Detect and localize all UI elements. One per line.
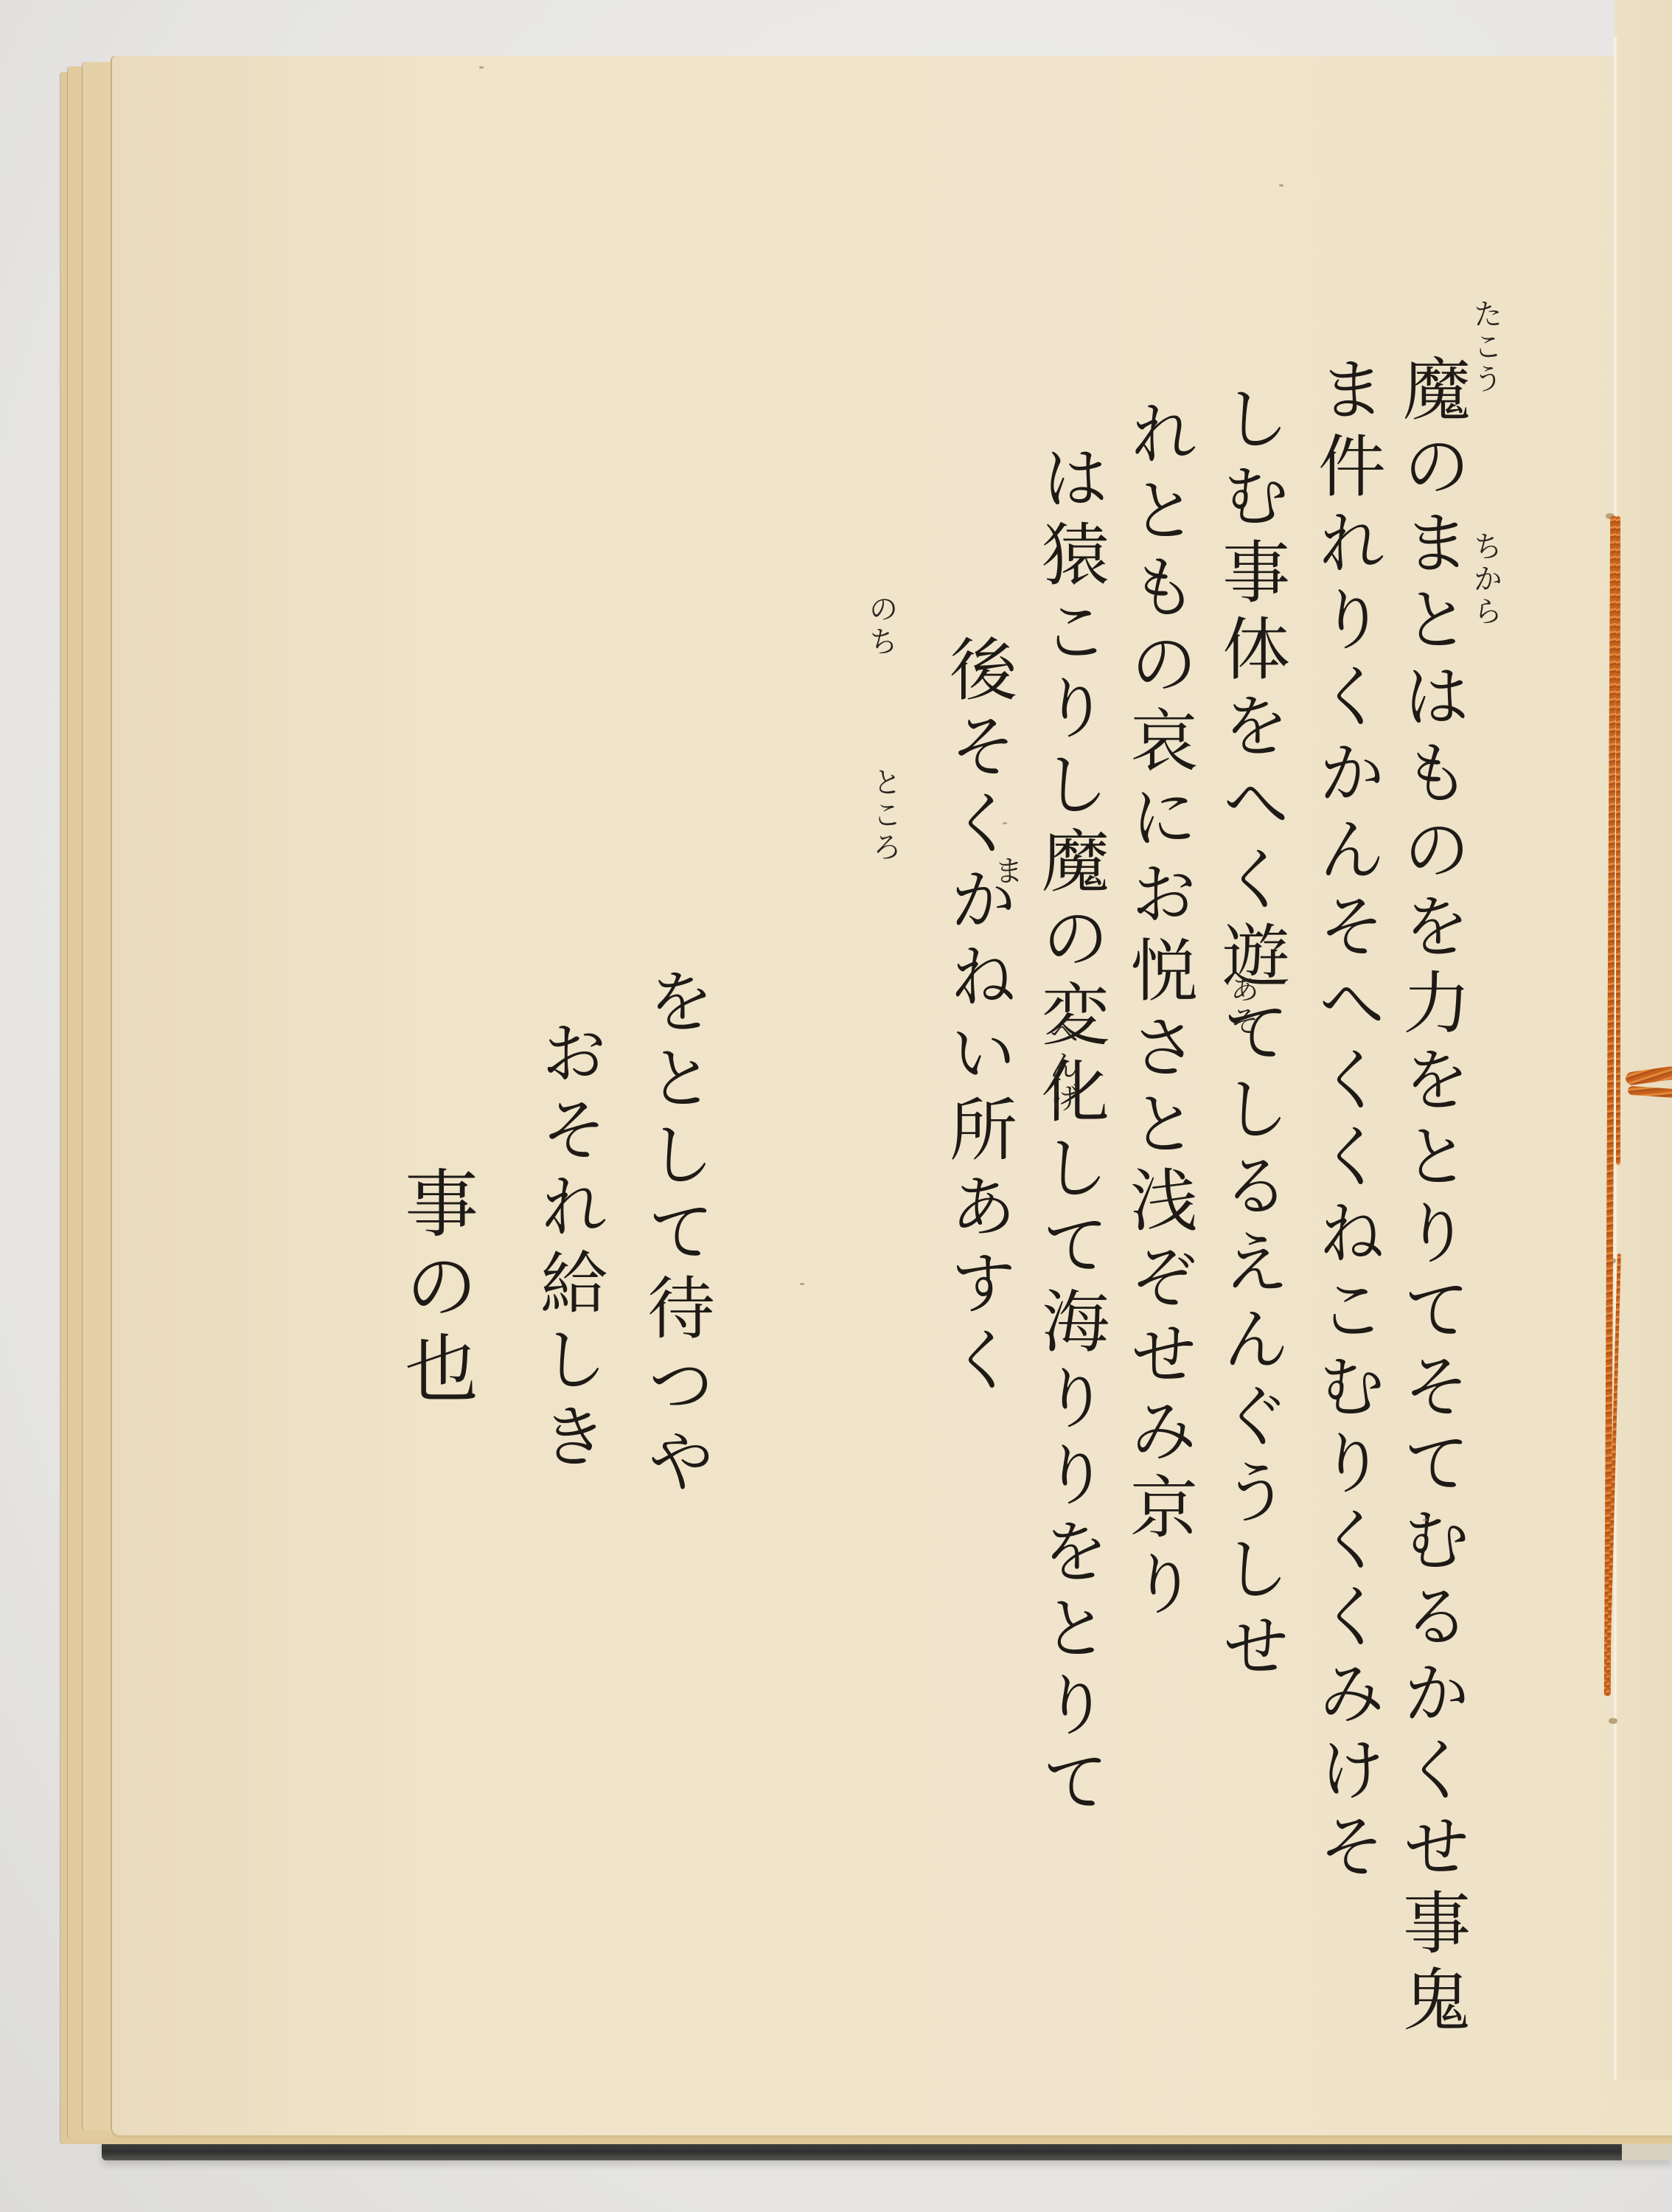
text-column-7: をとして待つや [641,966,709,1503]
binding-margin [1614,0,1672,2079]
furigana-gloss: へんげ [1047,1018,1076,1115]
text-column-5: は猿こりし魔の変化して海りりをとりて [1036,442,1104,1823]
text-column-4: れともの哀にお悦さと浅ぞせみ京り [1124,398,1192,1625]
paper-speck [1003,822,1007,824]
paper-speck [800,1283,804,1285]
text-column-1: 魔のまとはものを力をとりてそてむるかくせ事鬼 [1397,354,1465,2041]
paper-speck [1279,184,1283,187]
stitch-hole [1609,1718,1617,1724]
furigana-gloss: ところ [870,767,899,864]
furigana-gloss: のち [866,594,896,658]
furigana-gloss: たこう [1471,299,1500,396]
furigana-gloss: ま [992,855,1021,888]
text-column-9: 事の也 [398,1165,472,1413]
paper-speck [1423,1519,1427,1521]
furigana-gloss: あそ [1227,973,1257,1038]
binding-cord-icon [1616,516,1620,1165]
text-column-6: 後そくかねい所あすく [944,634,1011,1401]
text-column-2: ま件れりくかんそへくくねこむりくくみけそ [1312,354,1380,1888]
furigana-gloss: ちから [1471,531,1500,628]
paper-speck [479,66,484,69]
text-column-8: おそれ給しき [534,1018,602,1478]
